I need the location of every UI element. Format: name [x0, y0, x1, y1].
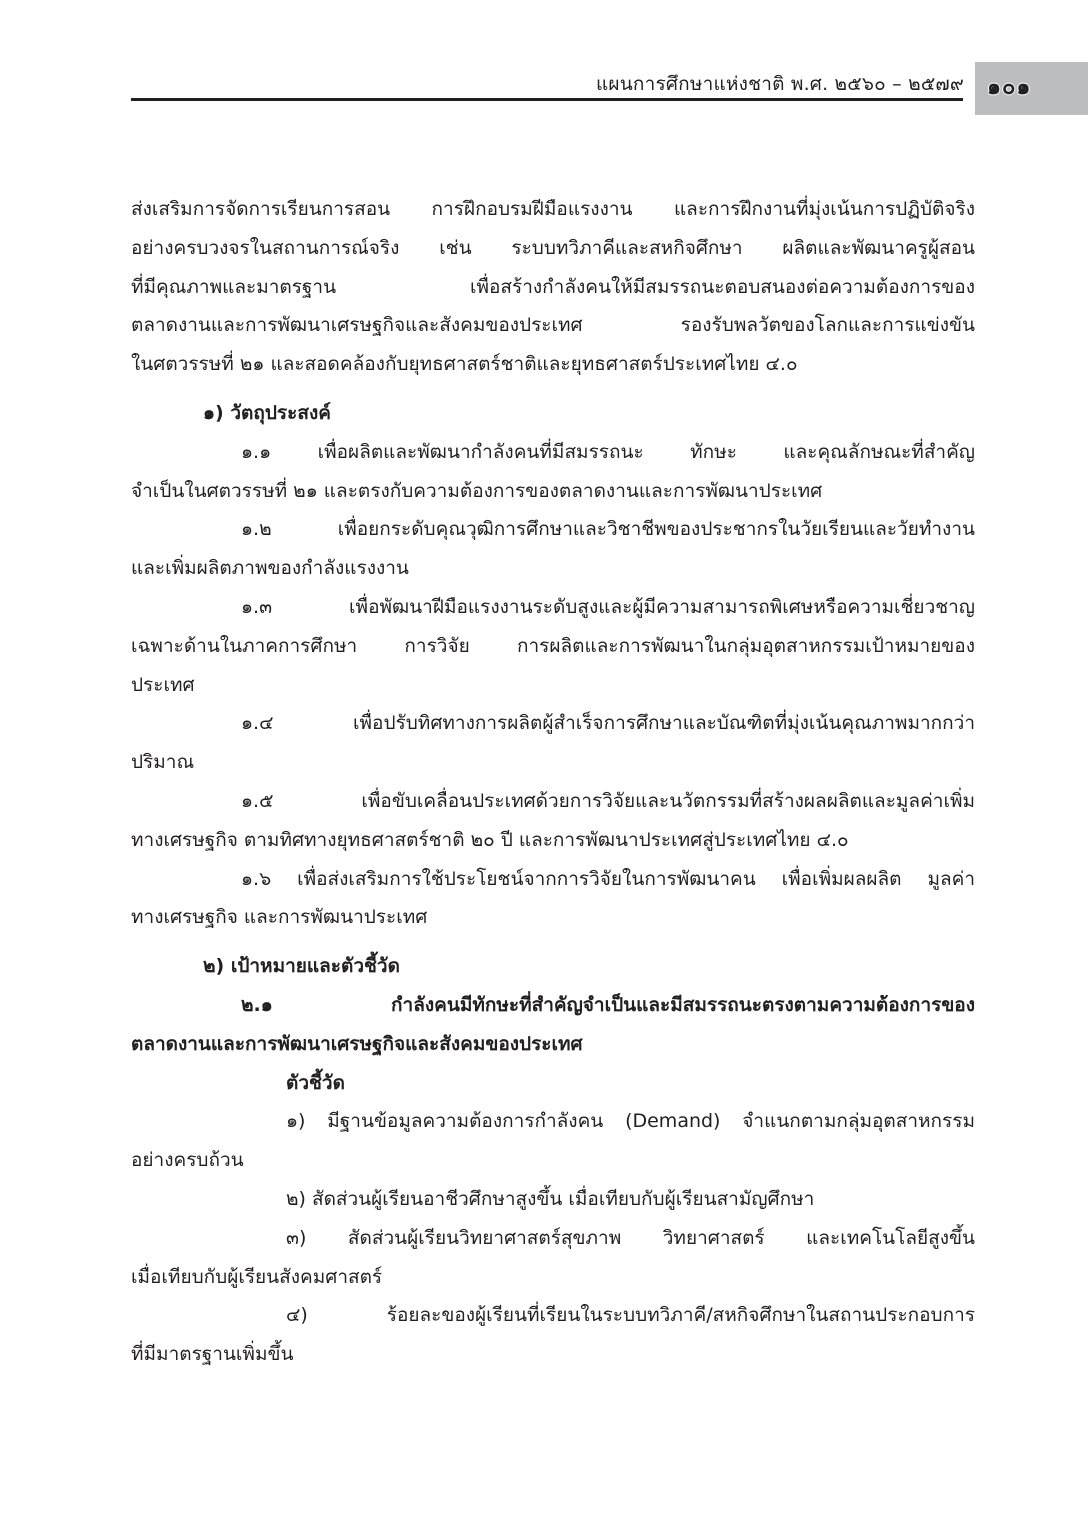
header-rule-divider — [131, 98, 963, 101]
objective-first-line: ๑.๔ เพื่อปรับทิศทางการผลิตผู้สำเร็จการศึ… — [131, 704, 975, 743]
objective-item: ๑.๑ เพื่อผลิตและพัฒนากำลังคนที่มีสมรรถนะ… — [131, 433, 975, 511]
section-heading-objectives: ๑) วัตถุประสงค์ — [131, 394, 975, 433]
indicator-continuation: ที่มีมาตรฐานเพิ่มขึ้น — [131, 1335, 975, 1374]
objective-continuation: ทางเศรษฐกิจ และการพัฒนาประเทศ — [131, 898, 975, 937]
page-number-box: ๑๐๑ — [975, 62, 1088, 115]
objective-continuation: ทางเศรษฐกิจ ตามทิศทางยุทธศาสตร์ชาติ ๒๐ ป… — [131, 821, 975, 860]
indicator-continuation: เมื่อเทียบกับผู้เรียนสังคมศาสตร์ — [131, 1258, 975, 1297]
goal-first-line: ๒.๑ กำลังคนมีทักษะที่สำคัญจำเป็นและมีสมร… — [131, 986, 975, 1025]
intro-line: ส่งเสริมการจัดการเรียนการสอน การฝึกอบรมฝ… — [131, 190, 975, 229]
objective-continuation: จำเป็นในศตวรรษที่ ๒๑ และตรงกับความต้องกา… — [131, 472, 975, 511]
indicator-item: ๒) สัดส่วนผู้เรียนอาชีวศึกษาสูงขึ้น เมื่… — [131, 1180, 975, 1219]
intro-line: ตลาดงานและการพัฒนาเศรษฐกิจและสังคมของประ… — [131, 306, 975, 345]
objective-continuation: ประเทศ — [131, 666, 975, 705]
indicator-first-line: ๑) มีฐานข้อมูลความต้องการกำลังคน (Demand… — [131, 1102, 975, 1141]
objective-first-line: ๑.๑ เพื่อผลิตและพัฒนากำลังคนที่มีสมรรถนะ… — [131, 433, 975, 472]
objective-first-line: ๑.๖ เพื่อส่งเสริมการใช้ประโยชน์จากการวิจ… — [131, 860, 975, 899]
objective-first-line: ๑.๓ เพื่อพัฒนาฝีมือแรงงานระดับสูงและผู้ม… — [131, 588, 975, 627]
objective-item: ๑.๕ เพื่อขับเคลื่อนประเทศด้วยการวิจัยและ… — [131, 782, 975, 860]
intro-line: ที่มีคุณภาพและมาตรฐาน เพื่อสร้างกำลังคนใ… — [131, 268, 975, 307]
objective-item: ๑.๔ เพื่อปรับทิศทางการผลิตผู้สำเร็จการศึ… — [131, 704, 975, 782]
indicator-item: ๔) ร้อยละของผู้เรียนที่เรียนในระบบทวิภาค… — [131, 1296, 975, 1374]
goal-continuation: ตลาดงานและการพัฒนาเศรษฐกิจและสังคมของประ… — [131, 1025, 975, 1064]
running-header-title: แผนการศึกษาแห่งชาติ พ.ศ. ๒๕๖๐ – ๒๕๗๙ — [596, 72, 964, 96]
objective-first-line: ๑.๒ เพื่อยกระดับคุณวุฒิการศึกษาและวิชาชี… — [131, 510, 975, 549]
objective-first-line: ๑.๕ เพื่อขับเคลื่อนประเทศด้วยการวิจัยและ… — [131, 782, 975, 821]
intro-line: อย่างครบวงจรในสถานการณ์จริง เช่น ระบบทวิ… — [131, 229, 975, 268]
intro-line: ในศตวรรษที่ ๒๑ และสอดคล้องกับยุทธศาสตร์ช… — [131, 345, 975, 384]
indicator-first-line: ๓) สัดส่วนผู้เรียนวิทยาศาสตร์สุขภาพ วิทย… — [131, 1219, 975, 1258]
indicator-continuation: อย่างครบถ้วน — [131, 1141, 975, 1180]
section-heading-goals-indicators: ๒) เป้าหมายและตัวชี้วัด — [131, 947, 975, 986]
page-number: ๑๐๑ — [987, 74, 1031, 102]
objective-continuation: เฉพาะด้านในภาคการศึกษา การวิจัย การผลิตแ… — [131, 627, 975, 666]
objective-item: ๑.๖ เพื่อส่งเสริมการใช้ประโยชน์จากการวิจ… — [131, 860, 975, 938]
objective-item: ๑.๒ เพื่อยกระดับคุณวุฒิการศึกษาและวิชาชี… — [131, 510, 975, 588]
indicator-first-line: ๒) สัดส่วนผู้เรียนอาชีวศึกษาสูงขึ้น เมื่… — [131, 1180, 975, 1219]
objective-item: ๑.๓ เพื่อพัฒนาฝีมือแรงงานระดับสูงและผู้ม… — [131, 588, 975, 704]
indicator-item: ๑) มีฐานข้อมูลความต้องการกำลังคน (Demand… — [131, 1102, 975, 1180]
indicator-first-line: ๔) ร้อยละของผู้เรียนที่เรียนในระบบทวิภาค… — [131, 1296, 975, 1335]
indicator-item: ๓) สัดส่วนผู้เรียนวิทยาศาสตร์สุขภาพ วิทย… — [131, 1219, 975, 1297]
objective-continuation: ปริมาณ — [131, 743, 975, 782]
document-body: ส่งเสริมการจัดการเรียนการสอน การฝึกอบรมฝ… — [131, 190, 975, 1374]
intro-paragraph: ส่งเสริมการจัดการเรียนการสอน การฝึกอบรมฝ… — [131, 190, 975, 384]
goal-item: ๒.๑ กำลังคนมีทักษะที่สำคัญจำเป็นและมีสมร… — [131, 986, 975, 1064]
objective-continuation: และเพิ่มผลิตภาพของกำลังแรงงาน — [131, 549, 975, 588]
indicators-label: ตัวชี้วัด — [131, 1064, 975, 1103]
